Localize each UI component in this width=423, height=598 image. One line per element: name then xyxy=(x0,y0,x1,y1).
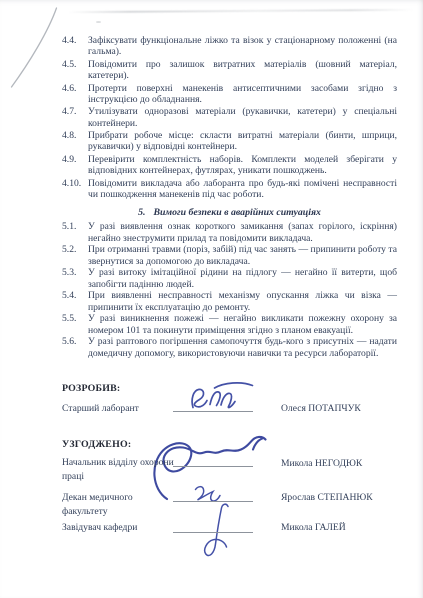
item-number: 4.9. xyxy=(62,154,88,176)
item-number: 4.6. xyxy=(62,83,88,105)
list-item: 5.4. При виявленні несправності механізм… xyxy=(62,290,397,312)
signature-stepaniuk-ink xyxy=(196,487,221,501)
item-number: 4.5. xyxy=(62,59,88,81)
item-text: У разі виникнення пожежі — негайно викли… xyxy=(88,313,397,335)
item-number: 4.7. xyxy=(62,106,88,128)
signer-role: Старший лаборант xyxy=(62,402,180,416)
list-item: 4.9. Перевірити комплектність наборів. К… xyxy=(62,154,397,176)
item-number: 4.10. xyxy=(62,178,88,200)
item-text: Повідомити викладача або лаборанта про б… xyxy=(88,178,397,200)
signature-line xyxy=(173,501,253,502)
item-number: 5.2. xyxy=(62,244,88,266)
list-item: 4.5. Повідомити про залишок витратних ма… xyxy=(62,59,397,81)
item-number: 4.8. xyxy=(62,130,88,152)
scan-smudge-dot xyxy=(96,21,101,23)
diagonal-pen-mark xyxy=(12,8,57,87)
signer-role: Завідувач кафедри xyxy=(62,521,180,535)
document-page: 4.4. Зафіксувати функціональне ліжко та … xyxy=(0,0,423,598)
signature-line xyxy=(173,411,253,412)
item-number: 5.5. xyxy=(62,313,88,335)
list-item: 4.7. Утилізувати одноразові матеріали (р… xyxy=(62,106,397,128)
section-5-list: 5.1. У разі виявлення ознак короткого за… xyxy=(62,221,397,358)
item-number: 5.1. xyxy=(62,221,88,243)
item-number: 4.4. xyxy=(62,35,88,57)
item-text: У разі раптового погіршення самопочуття … xyxy=(88,336,397,358)
developed-label: РОЗРОБИВ: xyxy=(62,383,120,394)
signer-name: Ярослав СТЕПАНЮК xyxy=(281,492,416,503)
section-heading-number: 5. xyxy=(138,207,145,218)
item-text: Зафіксувати функціональне ліжко та візок… xyxy=(88,35,397,57)
signer-name: Микола НЕГОДЮК xyxy=(281,458,416,469)
list-item: 4.8. Прибрати робоче місце: скласти витр… xyxy=(62,130,397,152)
scan-smudge-streak xyxy=(68,9,413,13)
body-text: 4.4. Зафіксувати функціональне ліжко та … xyxy=(62,35,397,359)
signature-line xyxy=(173,532,253,533)
item-number: 5.6. xyxy=(62,336,88,358)
item-text: Перевірити комплектність наборів. Компле… xyxy=(88,154,397,176)
item-text: Прибрати робоче місце: скласти витратні … xyxy=(88,130,397,152)
list-item: 5.2. При отриманні травми (поріз, забій)… xyxy=(62,244,397,266)
list-item: 4.6. Протерти поверхні манекенів антисеп… xyxy=(62,83,397,105)
list-item: 5.5. У разі виникнення пожежі — негайно … xyxy=(62,313,397,335)
item-number: 5.3. xyxy=(62,267,88,289)
signature-line xyxy=(173,466,253,467)
item-text: При виявленні несправності механізму опу… xyxy=(88,290,397,312)
item-text: У разі виявлення ознак короткого замикан… xyxy=(88,221,397,243)
item-text: При отриманні травми (поріз, забій) під … xyxy=(88,244,397,266)
agreed-label: УЗГОДЖЕНО: xyxy=(62,439,131,450)
item-text: Протерти поверхні манекенів антисептични… xyxy=(88,83,397,105)
item-text: Повідомити про залишок витратних матеріа… xyxy=(88,59,397,81)
item-number: 5.4. xyxy=(62,290,88,312)
list-item: 5.6. У разі раптового погіршення самопоч… xyxy=(62,336,397,358)
section-heading-text: Вимоги безпеки в аварійних ситуаціях xyxy=(153,207,320,218)
item-text: Утилізувати одноразові матеріали (рукави… xyxy=(88,106,397,128)
signer-name: Микола ГАЛЕЙ xyxy=(281,522,416,533)
list-item: 5.1. У разі виявлення ознак короткого за… xyxy=(62,221,397,243)
item-text: У разі витоку імітаційної рідини на підл… xyxy=(88,267,397,289)
list-item: 5.3. У разі витоку імітаційної рідини на… xyxy=(62,267,397,289)
list-item: 4.10. Повідомити викладача або лаборанта… xyxy=(62,178,397,200)
signature-halei-ink xyxy=(205,504,228,555)
list-item: 4.4. Зафіксувати функціональне ліжко та … xyxy=(62,35,397,57)
signer-name: Олеся ПОТАПЧУК xyxy=(281,403,416,414)
signer-role: Декан медичного факультету xyxy=(62,491,180,518)
signer-role: Начальник відділу охорони праці xyxy=(62,456,180,483)
signature-potapchuk-ink xyxy=(192,383,252,408)
section-5-heading: 5.Вимоги безпеки в аварійних ситуаціях xyxy=(62,207,397,218)
